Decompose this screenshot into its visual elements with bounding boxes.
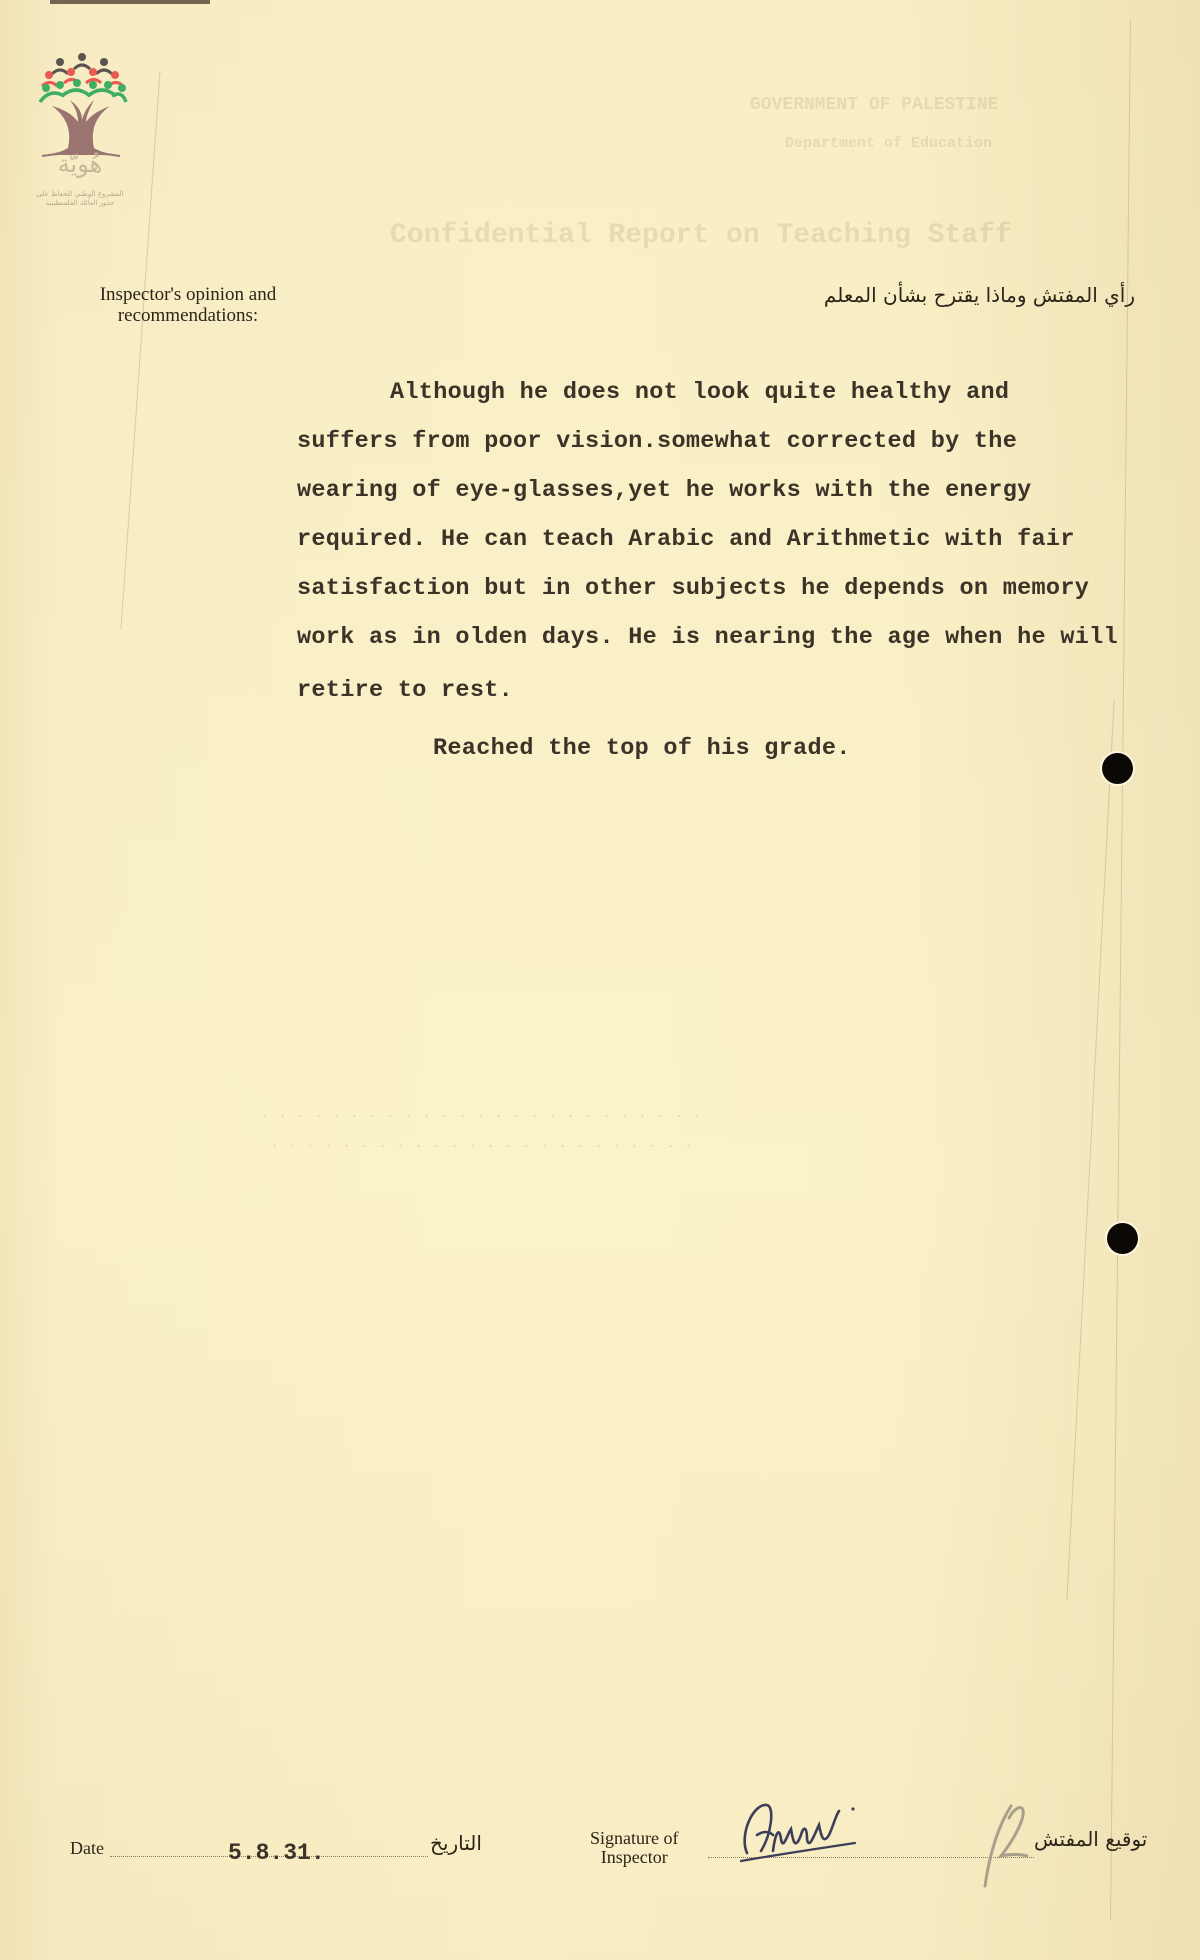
initial-mark-icon bbox=[975, 1798, 1035, 1888]
label-line-1: Inspector's opinion and bbox=[68, 284, 308, 305]
signature-label-arabic: توقيع المفتش bbox=[1034, 1827, 1147, 1851]
paper-crease bbox=[1066, 701, 1114, 1600]
date-label: Date bbox=[70, 1838, 104, 1859]
label-line-2: recommendations: bbox=[68, 305, 308, 326]
report-line: wearing of eye-glasses,yet he works with… bbox=[297, 466, 1177, 515]
inspector-opinion-label-arabic: رأي المفتش وماذا يقترح بشأن المعلم bbox=[824, 283, 1135, 307]
report-line: required. He can teach Arabic and Arithm… bbox=[297, 515, 1177, 564]
report-line: satisfaction but in other subjects he de… bbox=[297, 564, 1177, 613]
show-through-text: Confidential Report on Teaching Staff bbox=[390, 220, 1012, 251]
punch-hole bbox=[1102, 753, 1133, 784]
report-closing: Reached the top of his grade. bbox=[433, 735, 851, 762]
report-body: Although he does not look quite healthy … bbox=[297, 368, 1177, 715]
document-page: GOVERNMENT OF PALESTINE Department of Ed… bbox=[0, 0, 1200, 1960]
inspector-opinion-label: Inspector's opinion and recommendations: bbox=[68, 284, 308, 326]
logo-subtitle: المشروع الوطني للحفاظ على جذور العائلة ا… bbox=[28, 190, 132, 208]
signature-label-line-1: Signature of bbox=[590, 1829, 678, 1848]
punch-hole bbox=[1107, 1223, 1138, 1254]
signature-label: Signature of Inspector bbox=[590, 1829, 678, 1867]
inspector-signature-icon bbox=[735, 1795, 870, 1865]
date-value: 5.8.31. bbox=[228, 1840, 325, 1866]
report-line: work as in olden days. He is nearing the… bbox=[297, 613, 1177, 662]
show-through-text: . . . . . . . . . . . . . . . . . . . . … bbox=[260, 1105, 701, 1122]
report-line: Although he does not look quite healthy … bbox=[297, 368, 1177, 417]
show-through-text: . . . . . . . . . . . . . . . . . . . . … bbox=[270, 1135, 693, 1152]
signature-label-line-2: Inspector bbox=[590, 1848, 678, 1867]
report-line: suffers from poor vision.somewhat correc… bbox=[297, 417, 1177, 466]
date-label-arabic: التاريخ bbox=[430, 1831, 482, 1855]
torn-top-edge bbox=[50, 0, 210, 4]
logo-title: هُويّة bbox=[40, 150, 120, 178]
report-line: retire to rest. bbox=[297, 666, 1177, 715]
show-through-text: GOVERNMENT OF PALESTINE bbox=[750, 95, 998, 115]
show-through-text: Department of Education bbox=[785, 135, 992, 152]
family-tree-logo-icon bbox=[30, 50, 130, 210]
